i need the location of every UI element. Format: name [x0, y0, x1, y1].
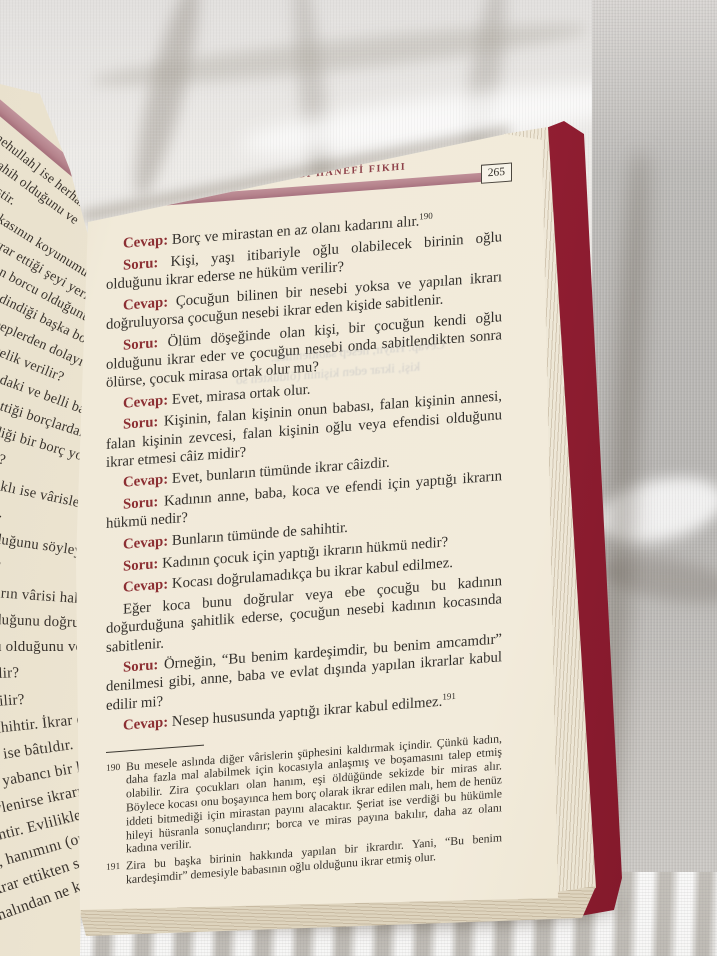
qa-label: Cevap:	[123, 293, 176, 313]
body-text: Cevap: Borç ve mirastan en az olanı kada…	[106, 206, 502, 736]
qa-label: Soru:	[123, 556, 162, 575]
qa-label: Soru:	[123, 254, 171, 274]
qa-label: Cevap:	[123, 392, 172, 412]
footnote-reference: 191	[442, 691, 456, 702]
footnote-reference: 190	[419, 211, 433, 222]
qa-label: Cevap:	[123, 576, 172, 596]
qa-label: Cevap:	[123, 533, 172, 553]
book-photo: mehullah] ise herhangi bsahih olduğunu v…	[0, 0, 717, 956]
page-number: 265	[481, 162, 512, 183]
footnote-number: 190	[106, 762, 120, 777]
footnote-number: 191	[106, 861, 120, 876]
qa-label: Soru:	[123, 334, 168, 353]
qa-label: Soru:	[123, 414, 164, 433]
qa-label: Soru:	[123, 657, 164, 676]
footnote-rule	[106, 744, 204, 752]
qa-label: Soru:	[123, 494, 164, 513]
page-content: Cevap: Hayır, nesep sabitlenmez.kişi, ik…	[106, 154, 502, 892]
footnotes: 190Bu mesele aslında diğer vârislerin şü…	[106, 732, 502, 889]
qa-label: Cevap:	[123, 714, 172, 734]
qa-label: Cevap:	[123, 471, 172, 491]
qa-label: Cevap:	[123, 232, 172, 252]
